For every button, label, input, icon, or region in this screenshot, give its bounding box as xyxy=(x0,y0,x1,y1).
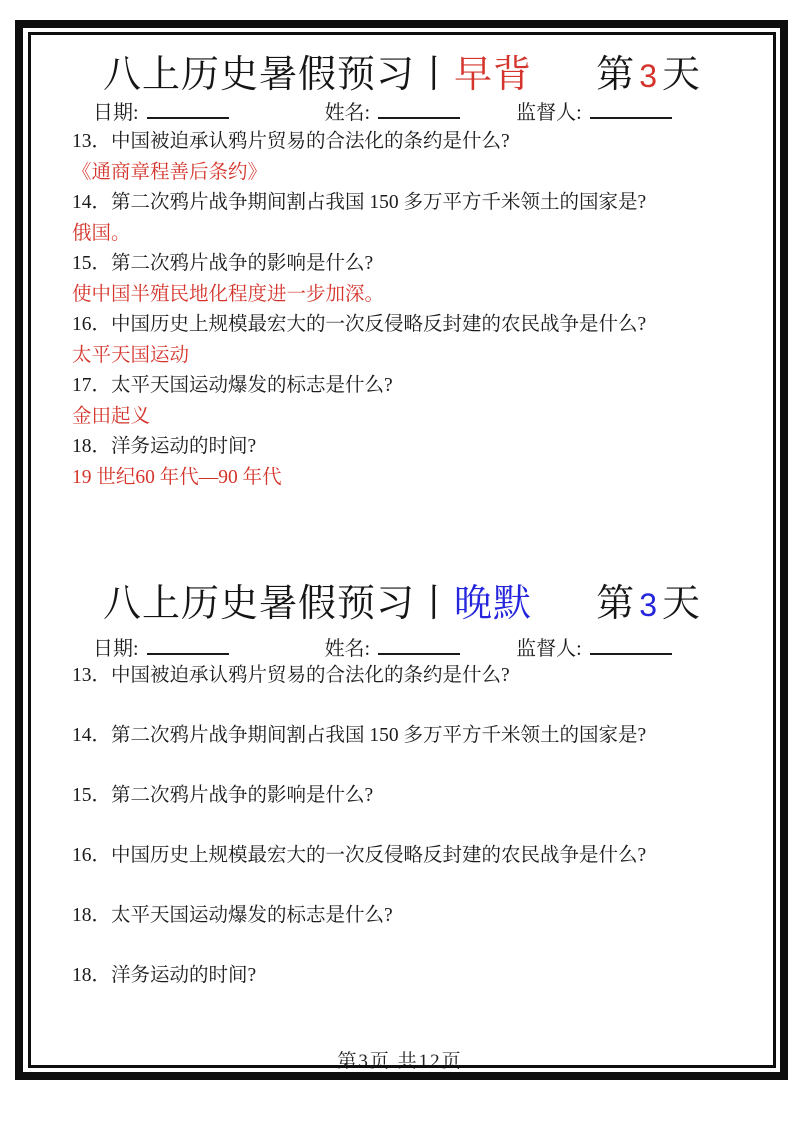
name-blank-line xyxy=(378,103,460,119)
section2-title-highlight: 晚默 xyxy=(454,583,532,625)
section1-question-list: 13．中国被迫承认鸦片贸易的合法化的条约是什么? 《通商章程善后条约》 14．第… xyxy=(31,127,771,493)
section1-day-suffix: 天 xyxy=(662,54,701,96)
answer-line: 《通商章程善后条约》 xyxy=(72,158,771,189)
section1-title-text: 八上历史暑假预习丨早背 xyxy=(103,43,532,98)
section2-date-field: 日期: xyxy=(93,632,229,661)
section2-title-text: 八上历史暑假预习丨晚默 xyxy=(103,572,532,627)
question-line: 15．第二次鸦片战争的影响是什么? xyxy=(72,785,771,806)
section1-day: 第3天 xyxy=(596,43,701,98)
section2-day-number: 3 xyxy=(635,587,662,623)
answer-line: 俄国。 xyxy=(72,219,771,250)
answer-line: 使中国半殖民地化程度进一步加深。 xyxy=(72,280,771,311)
section1-info-row: 日期: 姓名: 监督人: xyxy=(31,96,771,125)
answer-line: 太平天国运动 xyxy=(72,341,771,372)
section1-title-prefix: 八上历史暑假预习丨 xyxy=(103,54,454,96)
section2-title: 八上历史暑假预习丨晚默 第3天 xyxy=(31,572,771,627)
section1-supervisor-field: 监督人: xyxy=(516,96,672,125)
section2-day: 第3天 xyxy=(596,572,701,627)
section1-day-number: 3 xyxy=(635,58,662,94)
section2-question-list: 13．中国被迫承认鸦片贸易的合法化的条约是什么? 14．第二次鸦片战争期间割占我… xyxy=(31,665,771,1025)
section1-title: 八上历史暑假预习丨早背 第3天 xyxy=(31,43,771,98)
supervisor-blank-line xyxy=(590,639,672,655)
section2-supervisor-field: 监督人: xyxy=(516,632,672,661)
question-line: 13．中国被迫承认鸦片贸易的合法化的条约是什么? xyxy=(72,127,771,158)
section2-day-prefix: 第 xyxy=(596,583,635,625)
section1-name-field: 姓名: xyxy=(325,96,461,125)
section2-info-row: 日期: 姓名: 监督人: xyxy=(31,632,771,661)
section2-day-suffix: 天 xyxy=(662,583,701,625)
question-line: 14．第二次鸦片战争期间割占我国 150 多万平方千米领土的国家是? xyxy=(72,725,771,746)
date-blank-line xyxy=(147,103,229,119)
date-blank-line xyxy=(147,639,229,655)
question-line: 17．太平天国运动爆发的标志是什么? xyxy=(72,371,771,402)
name-label: 姓名: xyxy=(325,96,371,125)
section2-name-field: 姓名: xyxy=(325,632,461,661)
question-line: 15．第二次鸦片战争的影响是什么? xyxy=(72,249,771,280)
date-label: 日期: xyxy=(93,632,139,661)
question-line: 18．洋务运动的时间? xyxy=(72,432,771,463)
section2-title-prefix: 八上历史暑假预习丨 xyxy=(103,583,454,625)
supervisor-blank-line xyxy=(590,103,672,119)
supervisor-label: 监督人: xyxy=(516,96,582,125)
name-label: 姓名: xyxy=(325,632,371,661)
question-line: 16．中国历史上规模最宏大的一次反侵略反封建的农民战争是什么? xyxy=(72,310,771,341)
question-line: 13．中国被迫承认鸦片贸易的合法化的条约是什么? xyxy=(72,665,771,686)
section1-title-highlight: 早背 xyxy=(454,54,532,96)
page-footer: 第3页 共12页 xyxy=(0,1046,800,1073)
supervisor-label: 监督人: xyxy=(516,632,582,661)
answer-line: 金田起义 xyxy=(72,402,771,433)
answer-line: 19 世纪60 年代—90 年代 xyxy=(72,463,771,494)
date-label: 日期: xyxy=(93,96,139,125)
section1-date-field: 日期: xyxy=(93,96,229,125)
name-blank-line xyxy=(378,639,460,655)
question-line: 18．太平天国运动爆发的标志是什么? xyxy=(72,905,771,926)
section1-day-prefix: 第 xyxy=(596,54,635,96)
question-line: 16．中国历史上规模最宏大的一次反侵略反封建的农民战争是什么? xyxy=(72,845,771,866)
question-line: 14．第二次鸦片战争期间割占我国 150 多万平方千米领土的国家是? xyxy=(72,188,771,219)
question-line: 18．洋务运动的时间? xyxy=(72,965,771,986)
